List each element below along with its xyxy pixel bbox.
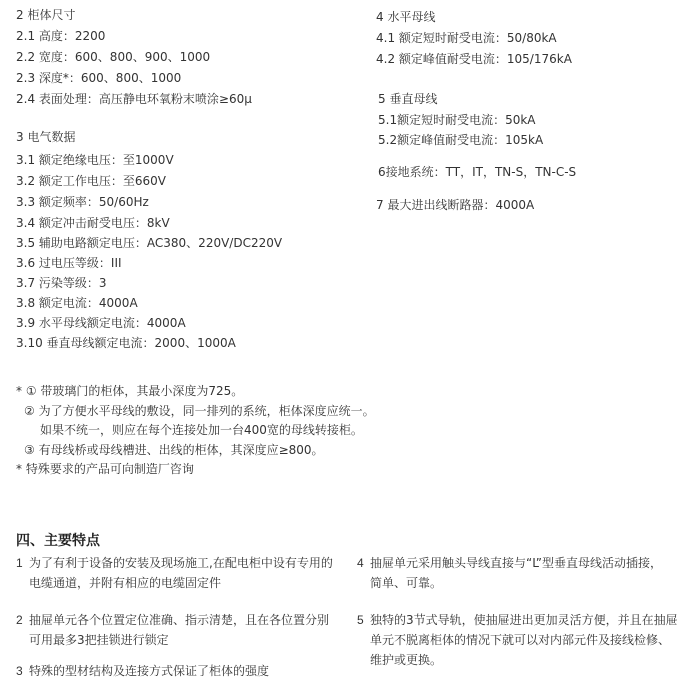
section-2-title: 2 柜体尺寸 — [16, 8, 75, 22]
spec-item: 3.9 水平母线额定电流：4000A — [16, 316, 186, 330]
note-special: * 特殊要求的产品可向制造厂咨询 — [16, 462, 194, 476]
spec-item: 3.2 额定工作电压：至660V — [16, 174, 166, 188]
spec-item: 4.1 额定短时耐受电流：50/80kA — [376, 31, 557, 45]
spec-item: 3.7 污染等级：3 — [16, 276, 107, 290]
section-4-title: 4 水平母线 — [376, 10, 435, 24]
spec-item: 3.1 额定绝缘电压：至1000V — [16, 153, 174, 167]
feature-item: 5 独特的3节式导轨，使抽屉进出更加灵活方便，并且在抽屉 单元不脱离柜体的情况下… — [357, 610, 697, 674]
spec-item: 3.4 额定冲击耐受电压：8kV — [16, 216, 170, 230]
section-7-breaker: 7 最大进出线断路器：4000A — [376, 198, 534, 212]
section-3-title: 3 电气数据 — [16, 130, 75, 144]
feature-number: 1 — [16, 553, 23, 573]
feature-text-line: 维护或更换。 — [370, 650, 442, 670]
feature-text-line: 抽屉单元各个位置定位准确、指示清楚，且在各位置分别 — [29, 610, 329, 630]
spec-item: 5.1额定短时耐受电流：50kA — [378, 113, 536, 127]
spec-item: 4.2 额定峰值耐受电流：105/176kA — [376, 52, 572, 66]
spec-item: 3.3 额定频率：50/60Hz — [16, 195, 149, 209]
spec-item: 2.2 宽度：600、800、900、1000 — [16, 50, 210, 64]
feature-text-line: 可用最多3把挂锁进行锁定 — [29, 630, 169, 650]
spec-item: 2.4 表面处理：高压静电环氧粉末喷涂≥60μ — [16, 92, 252, 106]
feature-number: 4 — [357, 553, 364, 573]
feature-text-line: 独特的3节式导轨，使抽屉进出更加灵活方便，并且在抽屉 — [370, 610, 678, 630]
feature-item: 4 抽屉单元采用触头导线直接与“L”型垂直母线活动插接， 简单、可靠。 — [357, 553, 697, 597]
feature-text-line: 特殊的型材结构及连接方式保证了柜体的强度 — [29, 661, 269, 681]
note-2-cont: 如果不统一，则应在每个连接处加一台400宽的母线转接柜。 — [40, 423, 363, 437]
note-3: ③ 有母线桥或母线槽进、出线的柜体，其深度应≥800。 — [24, 443, 324, 457]
feature-number: 2 — [16, 610, 23, 630]
spec-item: 3.5 辅助电路额定电压：AC380、220V/DC220V — [16, 236, 282, 250]
feature-number: 5 — [357, 610, 364, 630]
note-2: ② 为了方便水平母线的敷设，同一排列的系统，柜体深度应统一。 — [24, 404, 375, 418]
feature-number: 3 — [16, 661, 23, 681]
feature-text-line: 电缆通道，并附有相应的电缆固定件 — [29, 573, 221, 593]
note-1: * ① 带玻璃门的柜体，其最小深度为725。 — [16, 384, 243, 398]
spec-item: 2.1 高度：2200 — [16, 29, 105, 43]
features-heading: 四、主要特点 — [16, 530, 100, 550]
spec-item: 3.8 额定电流：4000A — [16, 296, 138, 310]
section-6-grounding: 6接地系统：TT，IT，TN-S，TN-C-S — [378, 165, 576, 179]
feature-text-line: 简单、可靠。 — [370, 573, 442, 593]
section-5-title: 5 垂直母线 — [378, 92, 437, 106]
feature-text-line: 为了有利于设备的安装及现场施工,在配电柜中设有专用的 — [29, 553, 333, 573]
feature-text-line: 单元不脱离柜体的情况下就可以对内部元件及接线检修、 — [370, 630, 670, 650]
feature-text-line: 抽屉单元采用触头导线直接与“L”型垂直母线活动插接， — [370, 553, 662, 573]
spec-item: 5.2额定峰值耐受电流：105kA — [378, 133, 543, 147]
feature-item: 3 特殊的型材结构及连接方式保证了柜体的强度 — [16, 661, 356, 685]
spec-item: 2.3 深度*：600、800、1000 — [16, 71, 181, 85]
spec-item: 3.10 垂直母线额定电流：2000、1000A — [16, 336, 236, 350]
spec-item: 3.6 过电压等级：III — [16, 256, 122, 270]
feature-item: 1 为了有利于设备的安装及现场施工,在配电柜中设有专用的 电缆通道，并附有相应的… — [16, 553, 356, 597]
feature-item: 2 抽屉单元各个位置定位准确、指示清楚，且在各位置分别 可用最多3把挂锁进行锁定 — [16, 610, 356, 654]
